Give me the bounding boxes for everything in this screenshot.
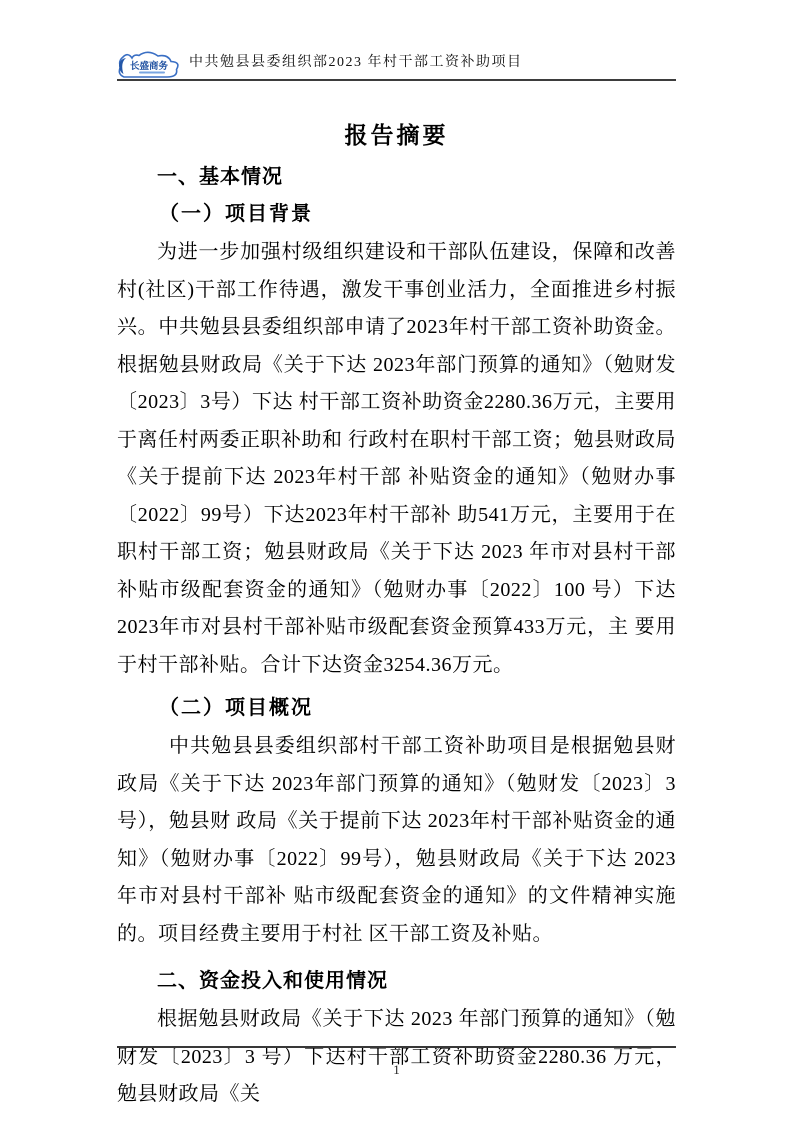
footer-divider bbox=[117, 1046, 676, 1048]
paragraph-funds-usage: 根据勉县财政局《关于下达 2023 年部门预算的通知》（勉财发〔2023〕3 号… bbox=[117, 1001, 676, 1114]
page-header: 长盛商务 中共勉县县委组织部2023 年村干部工资补助项目 bbox=[117, 50, 676, 81]
report-title: 报告摘要 bbox=[117, 121, 676, 149]
section-heading-funds-usage: 二、资金投入和使用情况 bbox=[117, 969, 676, 994]
paragraph-project-overview: 中共勉县县委组织部村干部工资补助项目是根据勉县财政局《关于下达 2023年部门预… bbox=[117, 728, 676, 953]
logo-text: 长盛商务 bbox=[130, 60, 169, 72]
company-cloud-logo-icon: 长盛商务 bbox=[117, 51, 181, 81]
page-number: 1 bbox=[0, 1062, 793, 1078]
subsection-heading-project-background: （一）项目背景 bbox=[117, 202, 676, 227]
paragraph-project-background: 为进一步加强村级组织建设和干部队伍建设，保障和改善村(社区)干部工作待遇，激发干… bbox=[117, 234, 676, 684]
subsection-heading-project-overview: （二）项目概况 bbox=[117, 696, 676, 721]
report-page: 长盛商务 中共勉县县委组织部2023 年村干部工资补助项目 报告摘要 一、基本情… bbox=[0, 0, 793, 1122]
document-body: 报告摘要 一、基本情况 （一）项目背景 为进一步加强村级组织建设和干部队伍建设，… bbox=[117, 112, 676, 1114]
header-document-title: 中共勉县县委组织部2023 年村干部工资补助项目 bbox=[189, 56, 523, 74]
section-heading-basic-info: 一、基本情况 bbox=[117, 165, 676, 190]
